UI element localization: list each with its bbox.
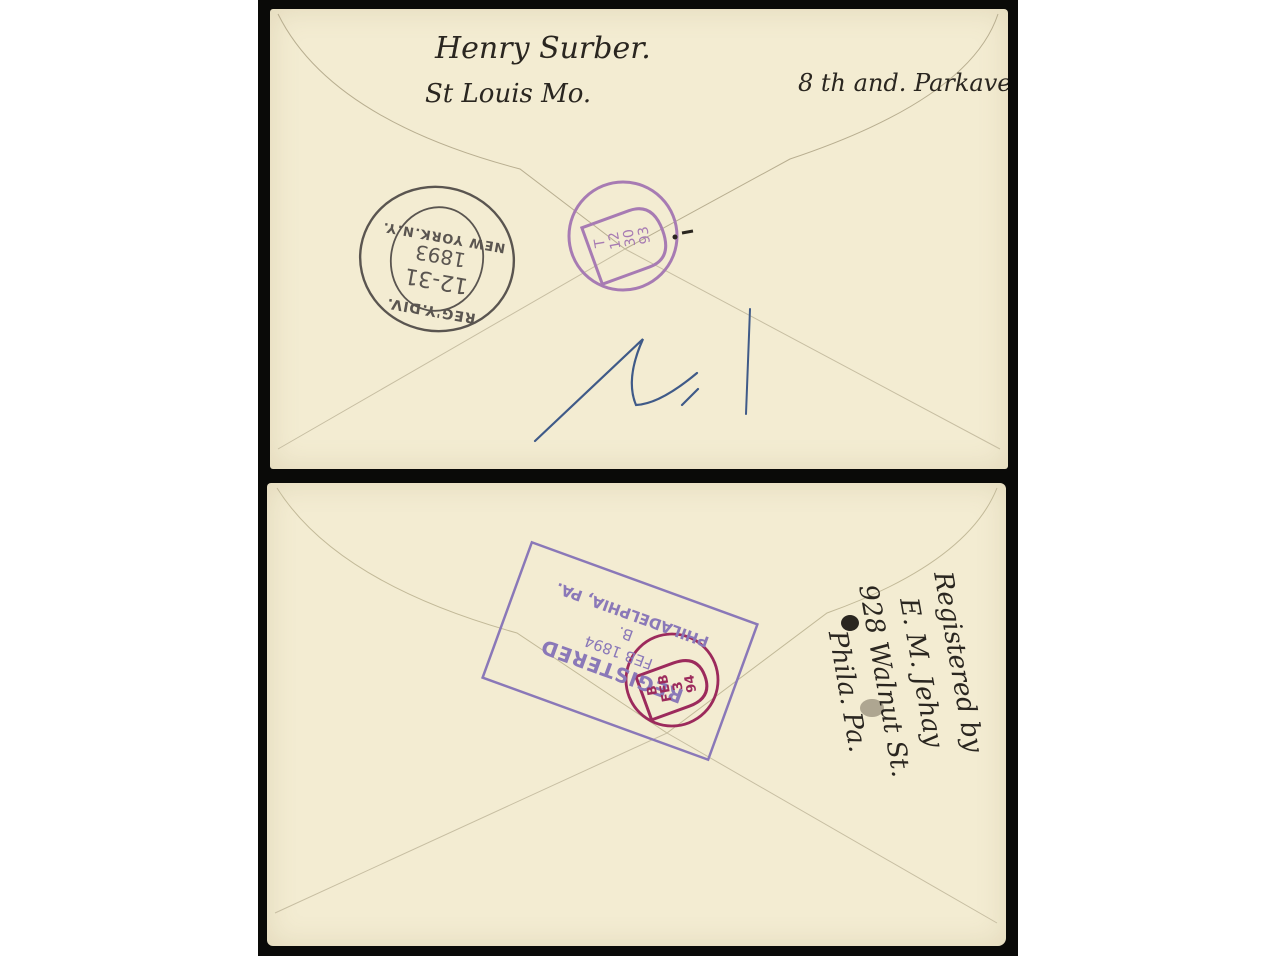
top-cover-back: Henry Surber. St Louis Mo. 8 th and. Par… [270, 9, 1008, 469]
receiving-postmark-text: T 12 30 93 [587, 199, 658, 278]
new-york-postmark-text: REG'Y.DIV. 12-31 1893 NEW YORK.N.Y. [356, 187, 525, 331]
sender-street: 8 th and. Parkave. [798, 69, 1008, 97]
sender-city: St Louis Mo. [425, 79, 591, 109]
bottom-cover-back: REGISTERED FEB 1894 B. PHILADELPHIA, PA.… [267, 483, 1006, 946]
sender-name: Henry Surber. [435, 31, 651, 66]
receiving-b-text: B FEB 3 94 [642, 658, 702, 716]
